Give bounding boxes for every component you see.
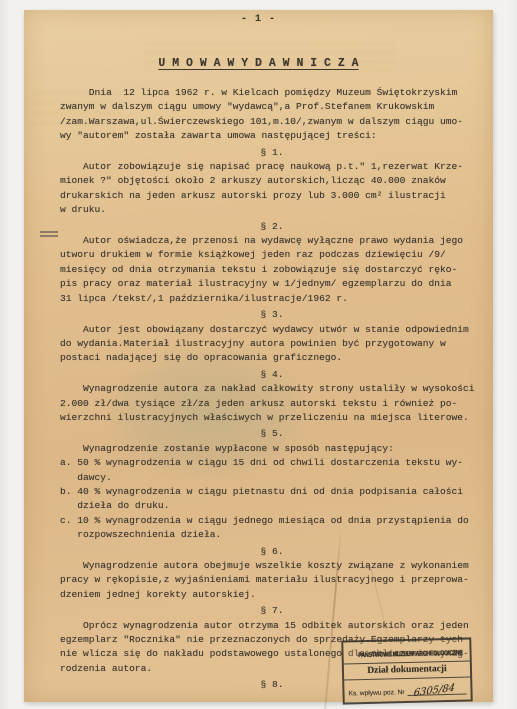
section-5-intro: Wynagrodzenie zostanie wypłacone w sposó… (60, 442, 484, 456)
section-4-paragraph: Wynagrodzenie autora za nakład całkowity… (60, 382, 484, 425)
page-number: - 1 - (24, 14, 493, 25)
section-5-item-c: c. 10 % wynagrodzenia w ciągu jednego mi… (60, 514, 484, 543)
stamp-entry-label: Ks. wpływu poz. Nr (348, 689, 404, 697)
section-4-heading: § 4. (60, 368, 484, 382)
stamp-entry-line: 6305/84 (407, 682, 466, 696)
section-1-paragraph: Autor zobowiązuje się napisać pracę nauk… (60, 160, 484, 218)
section-2-paragraph: Autor oświadcza,że przenosi na wydawcę w… (60, 234, 484, 306)
section-5-item-b: b. 40 % wynagrodzenia w ciągu pietnastu … (60, 485, 484, 514)
museum-accession-stamp: PAŃSTWOWE MUZEUM ARCHEOLOGICZNE Dział do… (341, 637, 473, 704)
section-5-heading: § 5. (60, 427, 484, 441)
section-2-heading: § 2. (60, 220, 484, 234)
section-7-heading: § 7. (60, 604, 484, 618)
section-1-heading: § 1. (60, 146, 484, 160)
document-body: Dnia 12 lipca 1962 r. w Kielcach pomiędz… (60, 86, 484, 693)
section-6-heading: § 6. (60, 545, 484, 559)
margin-pencil-marks (40, 231, 58, 238)
section-3-paragraph: Autor jest obowiązany dostarczyć wydawcy… (60, 323, 484, 366)
document-title: U M O W A W Y D A W N I C Z A (24, 57, 493, 70)
paper-sheet: - 1 - U M O W A W Y D A W N I C Z A Dnia… (24, 10, 493, 702)
section-6-paragraph: Wynagrodzenie autora obejmuje wszelkie k… (60, 559, 484, 602)
section-3-heading: § 3. (60, 308, 484, 322)
stamp-museum-name: PAŃSTWOWE MUZEUM ARCHEOLOGICZNE (343, 639, 469, 664)
stamp-entry-row: Ks. wpływu poz. Nr 6305/84 (344, 677, 470, 702)
section-5-item-a: a. 50 % wynagrodzenia w ciągu 15 dni od … (60, 456, 484, 485)
stamp-entry-number-handwritten: 6305/84 (413, 683, 456, 700)
intro-paragraph: Dnia 12 lipca 1962 r. w Kielcach pomiędz… (60, 86, 484, 144)
